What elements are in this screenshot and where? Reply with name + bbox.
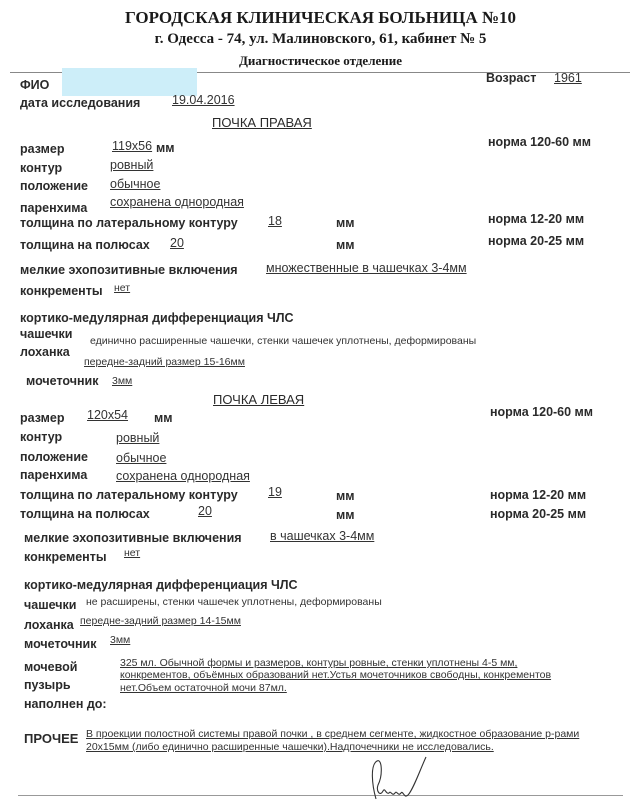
lk-parenchyma-value: сохранена однородная [116, 469, 250, 483]
rk-parenchyma-label: паренхима [20, 201, 87, 215]
rk-lateral-label: толщина по латеральному контуру [20, 216, 238, 230]
rk-size-label: размер [20, 142, 64, 156]
lk-echo-label: мелкие эхопозитивные включения [24, 531, 242, 545]
rk-contour-value: ровный [110, 158, 153, 172]
lk-ureter-value: 3мм [110, 634, 130, 646]
rk-parenchyma-value: сохранена однородная [110, 195, 244, 209]
rk-poles-value: 20 [170, 236, 184, 250]
lk-poles-label: толщина на полюсах [20, 507, 150, 521]
bladder-label-2: пузырь [24, 678, 71, 692]
lk-calyx-label: чашечки [24, 598, 76, 612]
lk-ureter-label: мочеточник [24, 637, 96, 651]
rk-position-label: положение [20, 179, 88, 193]
rk-stones-label: конкременты [20, 284, 103, 298]
rk-cmd-label: кортико-медулярная дифференциация ЧЛС [20, 311, 294, 325]
lk-position-label: положение [20, 450, 88, 464]
signature-icon [368, 755, 438, 802]
lk-pelvis-value: передне-задний размер 14-15мм [80, 615, 241, 627]
lk-echo-value: в чашечках 3-4мм [270, 529, 374, 543]
rk-size-unit: мм [156, 141, 175, 155]
rk-contour-label: контур [20, 161, 62, 175]
rk-lateral-norm: норма 12-20 мм [488, 212, 584, 226]
hospital-name: ГОРОДСКАЯ КЛИНИЧЕСКАЯ БОЛЬНИЦА №10 [0, 8, 641, 28]
bladder-text-2: конкрементов, объёмных образований нет.У… [120, 669, 551, 681]
department-name: Диагностическое отделение [0, 53, 641, 69]
lk-stones-value: нет [124, 547, 140, 559]
rk-size-norm: норма 120-60 мм [488, 135, 591, 149]
redacted-name-block [62, 68, 197, 96]
signature-line [18, 795, 623, 796]
rk-size-value: 119x56 [112, 139, 152, 153]
lk-size-label: размер [20, 411, 64, 425]
rk-lateral-unit: мм [336, 216, 355, 230]
bladder-text-1: 325 мл. Обычной формы и размеров, контур… [120, 657, 517, 669]
lk-size-value: 120x54 [87, 408, 128, 422]
age-label: Возраст [486, 71, 536, 85]
rk-echo-value: множественные в чашечках 3-4мм [266, 261, 467, 275]
rk-calyx-value: единично расширенные чашечки, стенки чаш… [90, 335, 476, 347]
bladder-label-1: мочевой [24, 660, 77, 674]
rk-calyx-label: чашечки [20, 327, 72, 341]
lk-size-norm: норма 120-60 мм [490, 405, 593, 419]
other-text-1: В проекции полостной системы правой почк… [86, 728, 579, 740]
lk-poles-norm: норма 20-25 мм [490, 507, 586, 521]
rk-pelvis-value: передне-задний размер 15-16мм [84, 356, 245, 368]
rk-ureter-value: 3мм [112, 375, 132, 387]
lk-position-value: обычное [116, 451, 166, 465]
bladder-label-3: наполнен до: [24, 697, 107, 711]
rk-poles-norm: норма 20-25 мм [488, 234, 584, 248]
lk-contour-label: контур [20, 430, 62, 444]
rk-stones-value: нет [114, 282, 130, 294]
rk-poles-label: толщина на полюсах [20, 238, 150, 252]
lk-lateral-norm: норма 12-20 мм [490, 488, 586, 502]
other-label: ПРОЧЕЕ [24, 731, 78, 746]
rk-ureter-label: мочеточник [26, 374, 98, 388]
date-label: дата исследования [20, 96, 140, 110]
rk-poles-unit: мм [336, 238, 355, 252]
right-kidney-title: ПОЧКА ПРАВАЯ [212, 115, 312, 130]
rk-lateral-value: 18 [268, 214, 282, 228]
lk-stones-label: конкременты [24, 550, 107, 564]
lk-cmd-label: кортико-медулярная дифференциация ЧЛС [24, 578, 298, 592]
lk-calyx-value: не расширены, стенки чашечек уплотнены, … [86, 596, 382, 608]
rk-position-value: обычное [110, 177, 160, 191]
hospital-address: г. Одесса - 74, ул. Малиновского, 61, ка… [0, 31, 641, 48]
lk-pelvis-label: лоханка [24, 618, 74, 632]
bladder-text-3: нет.Объем остаточной мочи 87мл. [120, 682, 287, 694]
lk-contour-value: ровный [116, 431, 159, 445]
rk-echo-label: мелкие эхопозитивные включения [20, 263, 238, 277]
lk-lateral-unit: мм [336, 489, 355, 503]
lk-poles-value: 20 [198, 504, 212, 518]
lk-parenchyma-label: паренхима [20, 468, 87, 482]
fio-label: ФИО [20, 78, 49, 92]
left-kidney-title: ПОЧКА ЛЕВАЯ [213, 392, 304, 407]
lk-size-unit: мм [154, 411, 173, 425]
other-text-2: 20x15мм (либо единично расширенные чашеч… [86, 741, 494, 753]
lk-poles-unit: мм [336, 508, 355, 522]
lk-lateral-value: 19 [268, 485, 282, 499]
lk-lateral-label: толщина по латеральному контуру [20, 488, 238, 502]
date-value: 19.04.2016 [172, 93, 235, 107]
age-value: 1961 [554, 71, 582, 85]
rk-pelvis-label: лоханка [20, 345, 70, 359]
